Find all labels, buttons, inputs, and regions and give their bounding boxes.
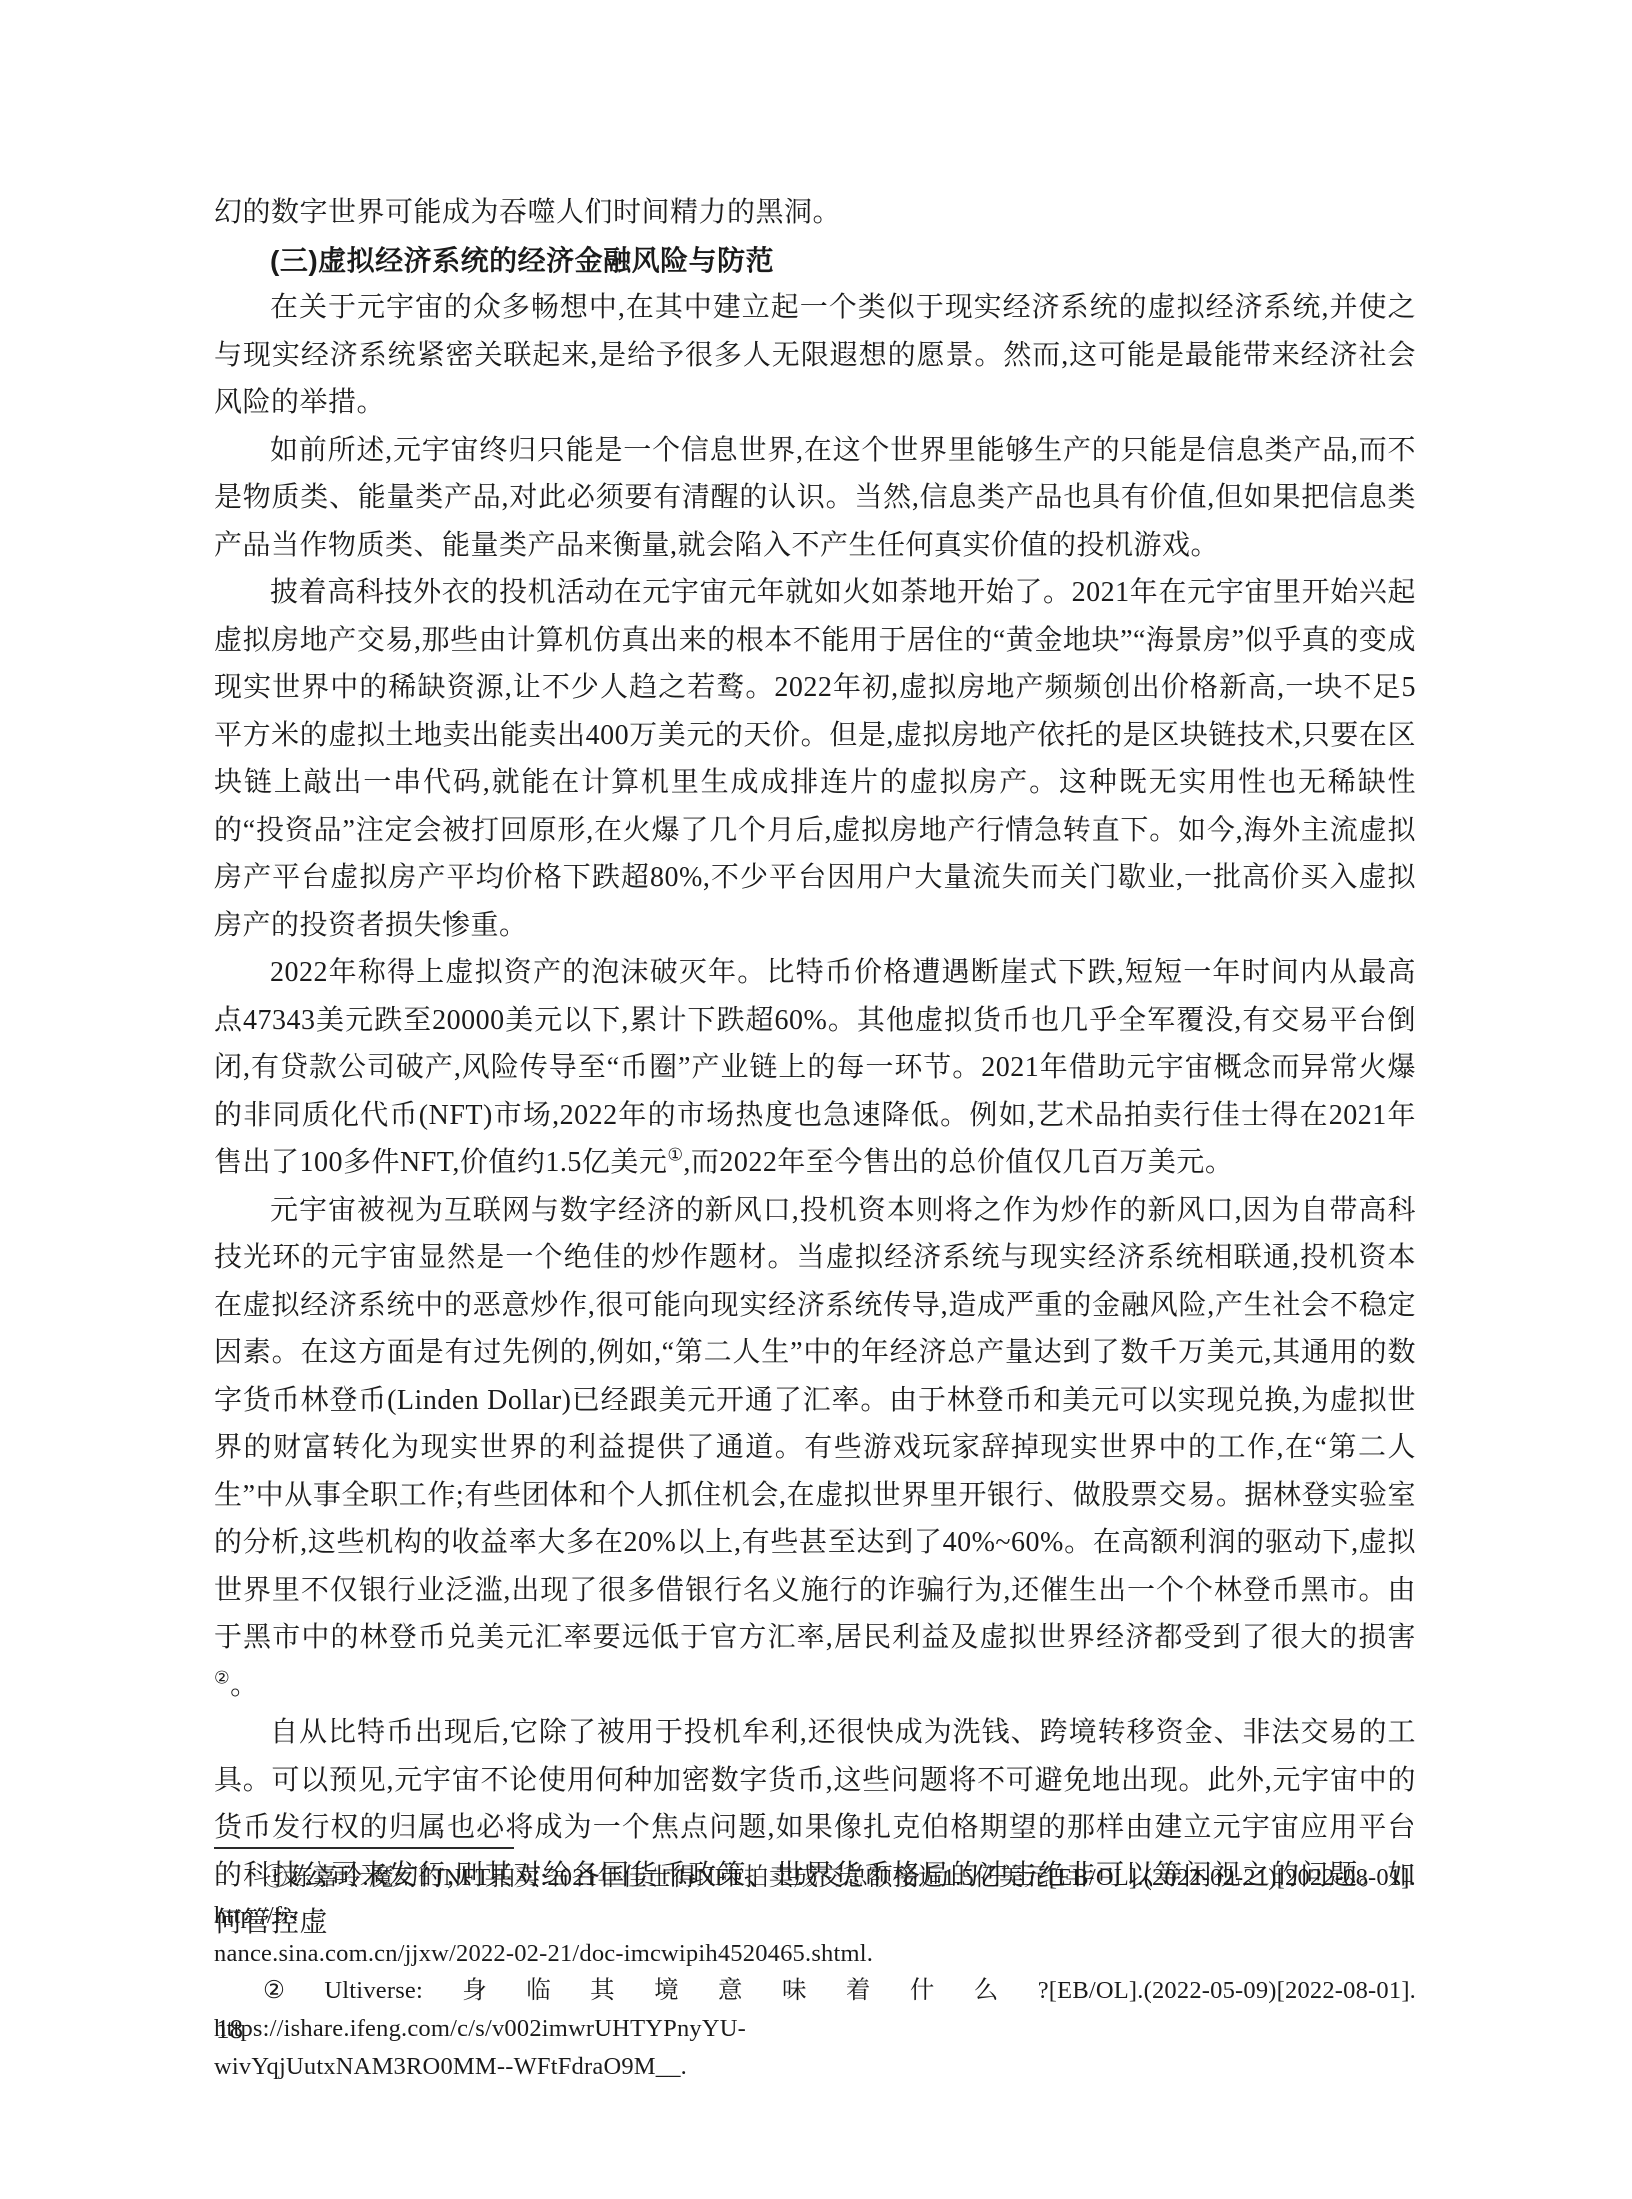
footnote-1-line-1: ①陈嘉玲.魔幻的NFT拍卖:2021年佳士得NFT拍卖成交总额接近1.5亿美元[…: [214, 1859, 1416, 1935]
paragraph-crypto-bubble: 2022年称得上虚拟资产的泡沫破灭年。比特币价格遭遇断崖式下跌,短短一年时间内从…: [214, 949, 1416, 1187]
paragraph-linden-dollar: 元宇宙被视为互联网与数字经济的新风口,投机资本则将之作为炒作的新风口,因为自带高…: [214, 1187, 1416, 1710]
paragraph-crypto-bubble-text: 2022年称得上虚拟资产的泡沫破灭年。比特币价格遭遇断崖式下跌,短短一年时间内从…: [214, 957, 1416, 1178]
page-number: 18: [216, 2012, 243, 2046]
footnote-ref-1: ①: [667, 1146, 683, 1165]
paragraph-virtual-real-estate: 披着高科技外衣的投机活动在元宇宙元年就如火如荼地开始了。2021年在元宇宙里开始…: [214, 569, 1416, 949]
footnote-ref-2: ②: [214, 1668, 230, 1687]
paragraph-crypto-bubble-tail: ,而2022年至今售出的总价值仅几百万美元。: [683, 1147, 1233, 1178]
paragraph-linden-dollar-text: 元宇宙被视为互联网与数字经济的新风口,投机资本则将之作为炒作的新风口,因为自带高…: [214, 1195, 1416, 1654]
footnote-1-line-2: nance.sina.com.cn/jjxw/2022-02-21/doc-im…: [214, 1935, 1416, 1973]
document-page: 幻的数字世界可能成为吞噬人们时间精力的黑洞。 (三)虚拟经济系统的经济金融风险与…: [0, 0, 1632, 2199]
footnote-separator: [214, 1847, 514, 1849]
paragraph-information-products: 如前所述,元宇宙终归只能是一个信息世界,在这个世界里能够生产的只能是信息类产品,…: [214, 427, 1416, 570]
footnote-2-line-2: wivYqjUutxNAM3RO0MM--WFtFdraO9M__.: [214, 2048, 1416, 2086]
body-text-block: 幻的数字世界可能成为吞噬人们时间精力的黑洞。 (三)虚拟经济系统的经济金融风险与…: [214, 189, 1416, 1947]
footnote-2-line-1: ②Ultiverse:身临其境意味着什么?[EB/OL].(2022-05-09…: [214, 1972, 1416, 2048]
paragraph-linden-dollar-tail: 。: [230, 1670, 259, 1701]
paragraph-continuation: 幻的数字世界可能成为吞噬人们时间精力的黑洞。: [214, 189, 1416, 237]
footnote-block: ①陈嘉玲.魔幻的NFT拍卖:2021年佳士得NFT拍卖成交总额接近1.5亿美元[…: [214, 1847, 1416, 2086]
paragraph-metaverse-vision: 在关于元宇宙的众多畅想中,在其中建立起一个类似于现实经济系统的虚拟经济系统,并使…: [214, 284, 1416, 427]
section-heading: (三)虚拟经济系统的经济金融风险与防范: [214, 237, 1416, 285]
